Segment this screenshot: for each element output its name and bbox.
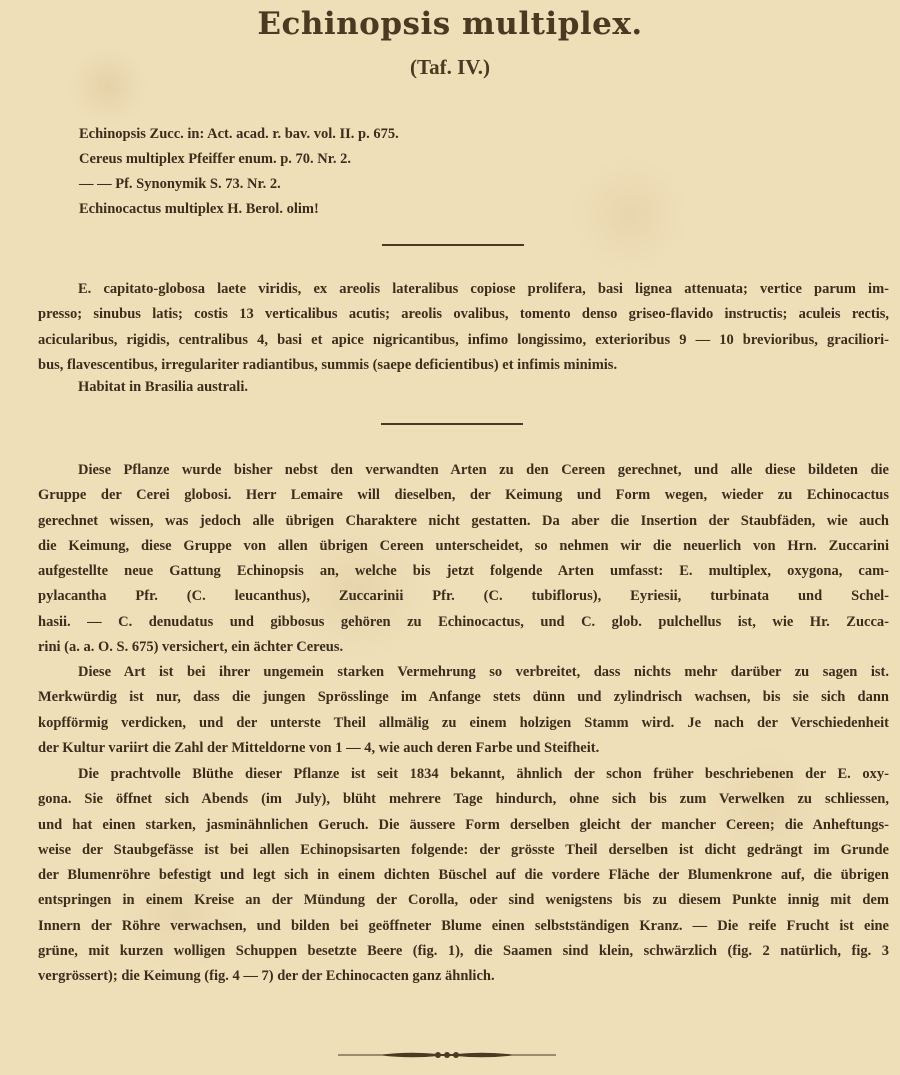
text-line: pylacantha Pfr. (C. leucanthus), Zuccari… (38, 584, 889, 609)
separator-rule-icon (382, 244, 524, 246)
paragraph-classification: Diese Pflanze wurde bisher nebst den ver… (38, 458, 889, 660)
text-line: kopfförmig verdicken, und der unterste T… (38, 711, 889, 736)
synonym-line: — — Pf. Synonymik S. 73. Nr. 2. (79, 172, 399, 197)
text-line: Merkwürdig ist nur, dass die jungen Sprö… (38, 685, 889, 710)
text-line: Diese Pflanze wurde bisher nebst den ver… (38, 458, 889, 483)
habitat-line: Habitat in Brasilia australi. (78, 379, 248, 396)
text-line: hasii. — C. denudatus und gibbosus gehör… (38, 610, 889, 635)
synonym-list: Echinopsis Zucc. in: Act. acad. r. bav. … (79, 122, 399, 222)
text-line: aufgestellte neue Gattung Echinopsis an,… (38, 559, 889, 584)
text-line: E. capitato-globosa laete viridis, ex ar… (38, 277, 889, 302)
text-line: der Kultur variirt die Zahl der Mitteldo… (38, 736, 889, 761)
text-line: Diese Art ist bei ihrer ungemein starken… (38, 660, 889, 685)
separator-rule-icon (381, 423, 523, 425)
text-line: vergrössert); die Keimung (fig. 4 — 7) d… (38, 964, 889, 989)
synonym-line: Echinopsis Zucc. in: Act. acad. r. bav. … (79, 122, 399, 147)
page-title: Echinopsis multiplex. (0, 6, 900, 42)
text-line: Die prachtvolle Blüthe dieser Pflanze is… (38, 762, 889, 787)
synonym-line: Cereus multiplex Pfeiffer enum. p. 70. N… (79, 147, 399, 172)
text-line: acicularibus, rigidis, centralibus 4, ba… (38, 328, 889, 353)
text-line: grüne, mit kurzen wolligen Schuppen bese… (38, 939, 889, 964)
text-line: gona. Sie öffnet sich Abends (im July), … (38, 787, 889, 812)
text-line: Gruppe der Cerei globosi. Herr Lemaire w… (38, 483, 889, 508)
text-line: gerechnet wissen, was jedoch alle übrige… (38, 509, 889, 534)
tailpiece-ornament-icon (338, 1049, 556, 1061)
latin-diagnosis: E. capitato-globosa laete viridis, ex ar… (38, 277, 889, 378)
paragraph-growth: Diese Art ist bei ihrer ungemein starken… (38, 660, 889, 761)
document-page: Echinopsis multiplex. (Taf. IV.) Echinop… (0, 0, 900, 1075)
text-line: weise der Staubgefässe ist bei allen Ech… (38, 838, 889, 863)
text-line: rini (a. a. O. S. 675) versichert, ein ä… (38, 635, 889, 660)
text-line: die Keimung, diese Gruppe von allen übri… (38, 534, 889, 559)
text-line: der Blumenröhre befestigt und legt sich … (38, 863, 889, 888)
text-line: Innern der Röhre verwachsen, und bilden … (38, 914, 889, 939)
synonym-line: Echinocactus multiplex H. Berol. olim! (79, 197, 399, 222)
plate-reference: (Taf. IV.) (0, 55, 900, 80)
paragraph-flower: Die prachtvolle Blüthe dieser Pflanze is… (38, 762, 889, 990)
text-line: bus, flavescentibus, irregulariter radia… (38, 353, 889, 378)
text-line: presso; sinubus latis; costis 13 vertica… (38, 302, 889, 327)
text-line: und hat einen starken, jasminähnlichen G… (38, 813, 889, 838)
text-line: entspringen in einem Kreise an der Mündu… (38, 888, 889, 913)
